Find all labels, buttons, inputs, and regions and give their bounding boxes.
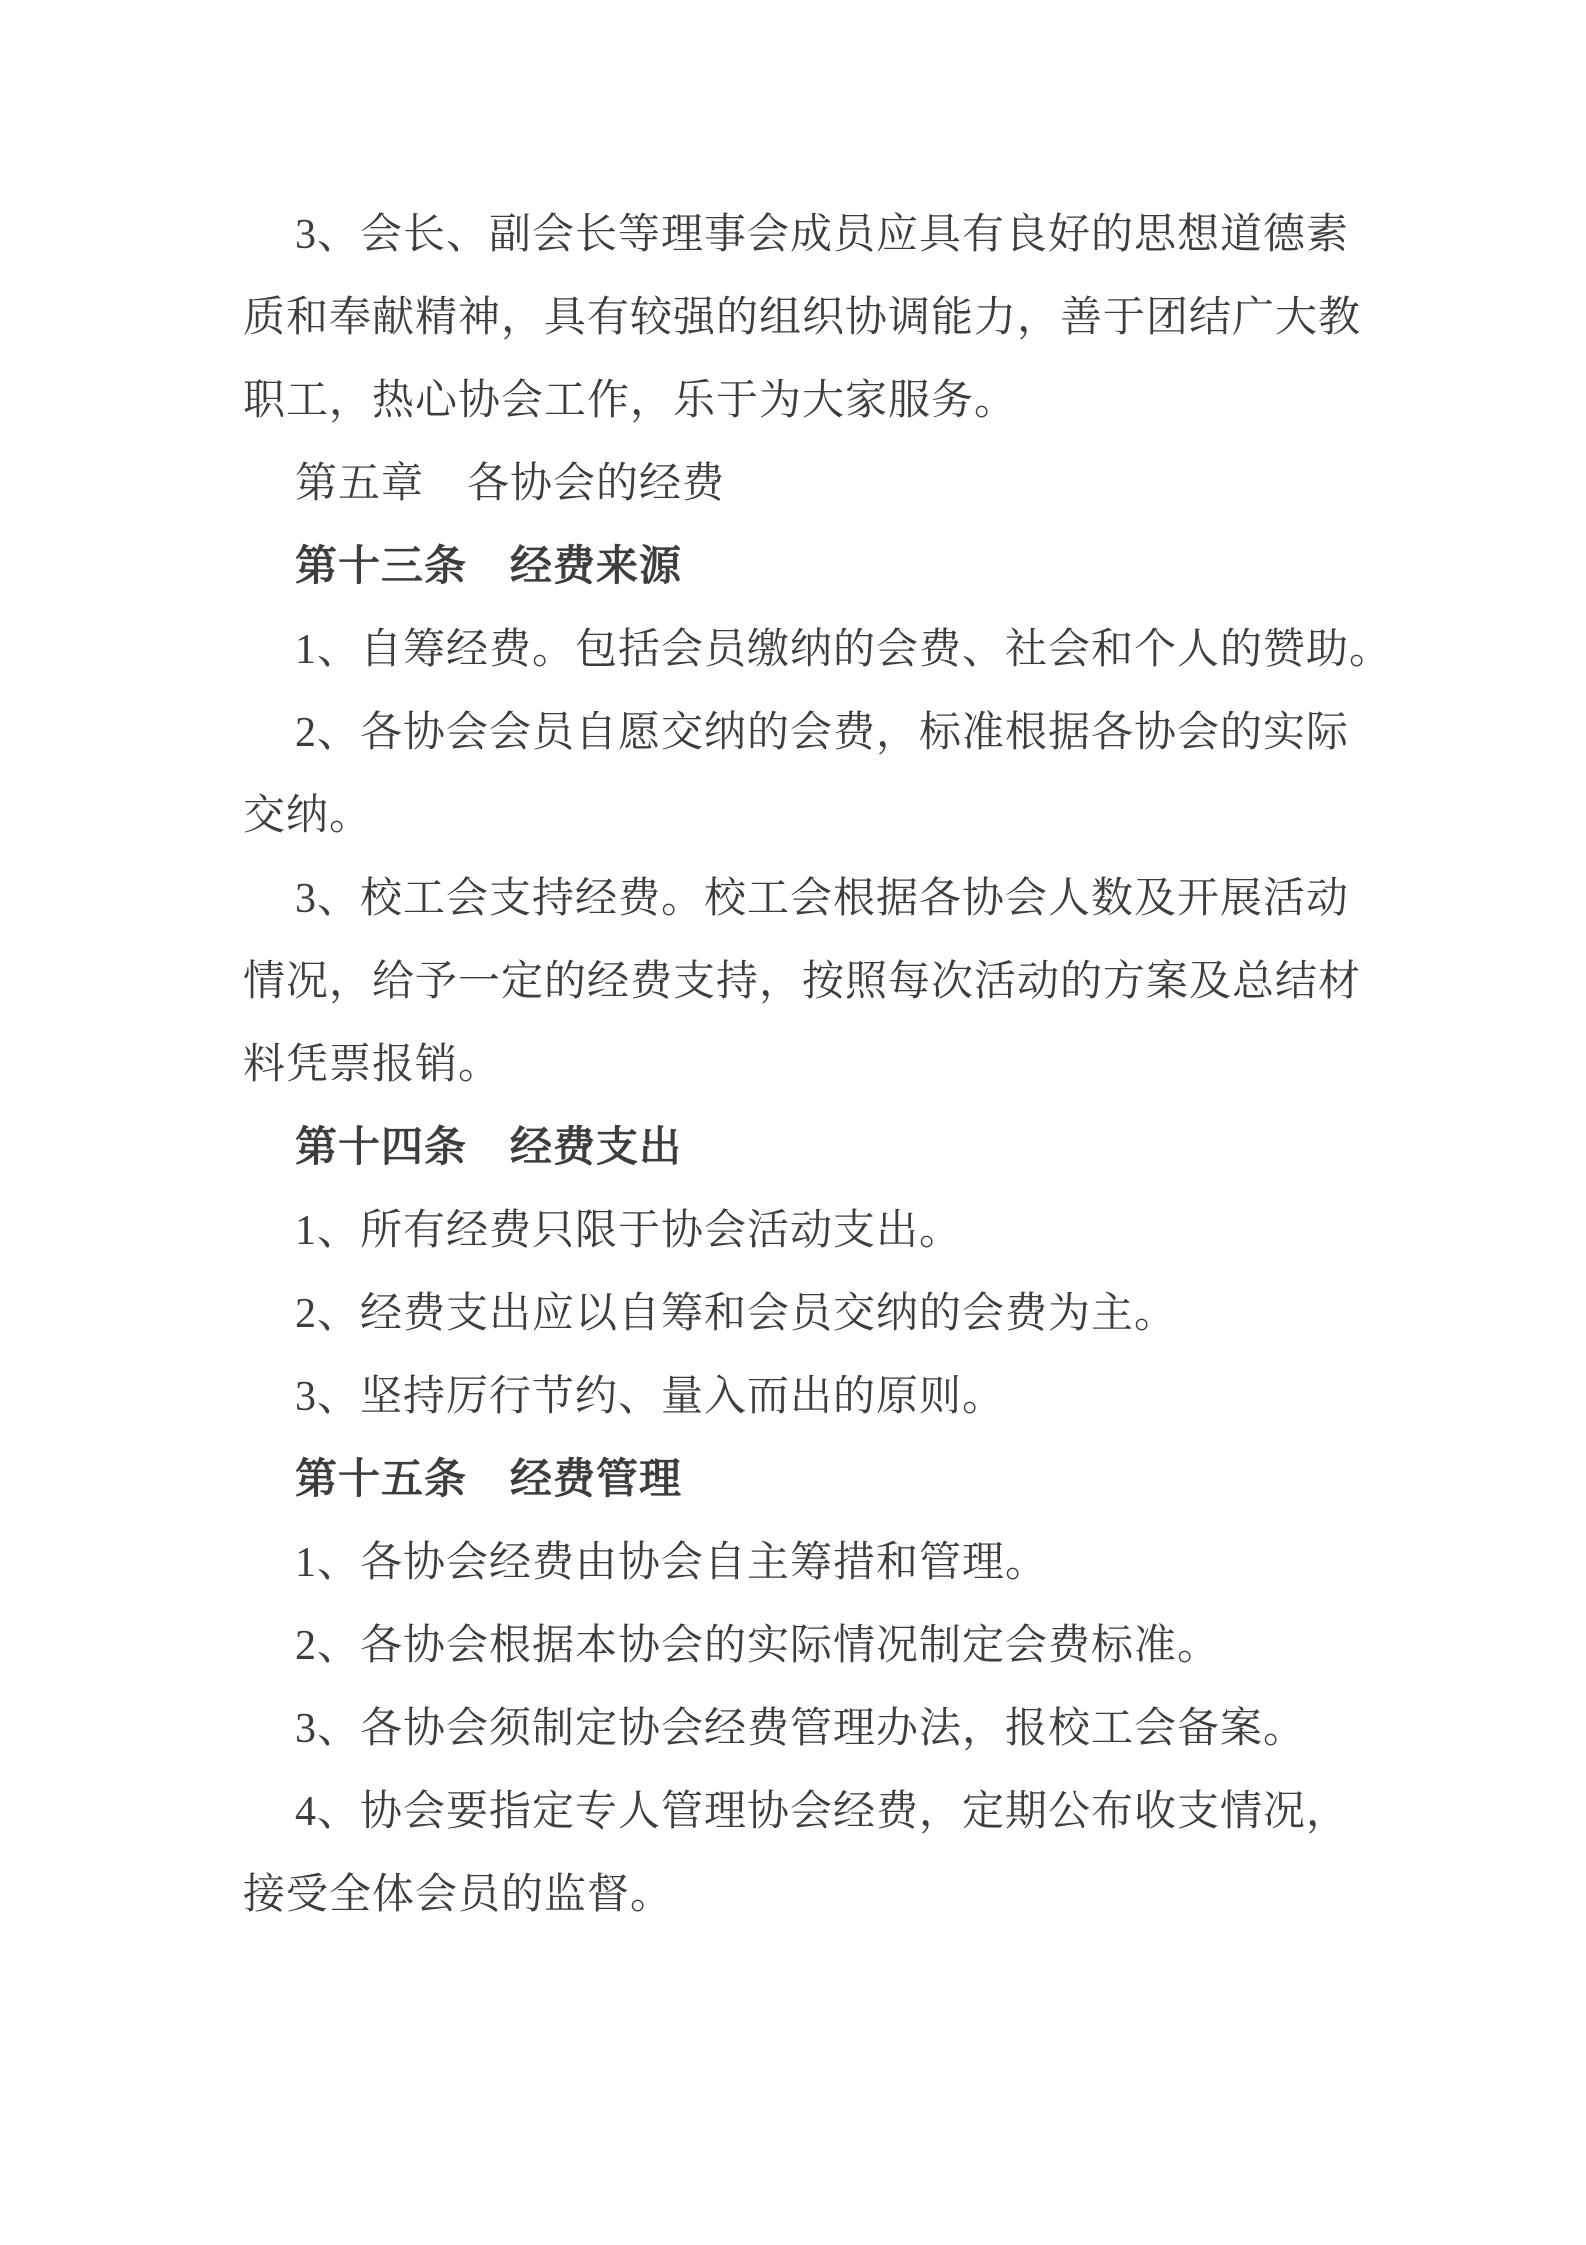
article-heading-13: 第十三条 经费来源 <box>243 526 1423 609</box>
body-line: 4、协会要指定专人管理协会经费，定期公布收支情况， <box>243 1771 1423 1854</box>
chapter-5-heading: 第五章 各协会的经费 <box>243 443 1423 526</box>
body-line: 2、各协会会员自愿交纳的会费，标准根据各协会的实际 <box>243 692 1423 775</box>
article-heading-14: 第十四条 经费支出 <box>243 1107 1423 1190</box>
body-line: 3、坚持厉行节约、量入而出的原则。 <box>243 1356 1423 1439</box>
document-text-block: 3、会长、副会长等理事会成员应具有良好的思想道德素 质和奉献精神，具有较强的组织… <box>243 194 1423 1937</box>
body-line: 3、校工会支持经费。校工会根据各协会人数及开展活动 <box>243 858 1423 941</box>
body-line: 料凭票报销。 <box>243 1024 1423 1107</box>
body-line: 1、各协会经费由协会自主筹措和管理。 <box>243 1522 1423 1605</box>
body-line: 1、自筹经费。包括会员缴纳的会费、社会和个人的赞助。 <box>243 609 1423 692</box>
body-line: 职工，热心协会工作，乐于为大家服务。 <box>243 360 1423 443</box>
body-line: 接受全体会员的监督。 <box>243 1854 1423 1937</box>
document-page: 3、会长、副会长等理事会成员应具有良好的思想道德素 质和奉献精神，具有较强的组织… <box>0 0 1586 2245</box>
body-line: 3、各协会须制定协会经费管理办法，报校工会备案。 <box>243 1688 1423 1771</box>
body-line: 质和奉献精神，具有较强的组织协调能力，善于团结广大教 <box>243 277 1423 360</box>
body-line: 3、会长、副会长等理事会成员应具有良好的思想道德素 <box>243 194 1423 277</box>
body-line: 1、所有经费只限于协会活动支出。 <box>243 1190 1423 1273</box>
body-line: 交纳。 <box>243 775 1423 858</box>
article-heading-15: 第十五条 经费管理 <box>243 1439 1423 1522</box>
body-line: 2、经费支出应以自筹和会员交纳的会费为主。 <box>243 1273 1423 1356</box>
body-line: 情况，给予一定的经费支持，按照每次活动的方案及总结材 <box>243 941 1423 1024</box>
body-line: 2、各协会根据本协会的实际情况制定会费标准。 <box>243 1605 1423 1688</box>
